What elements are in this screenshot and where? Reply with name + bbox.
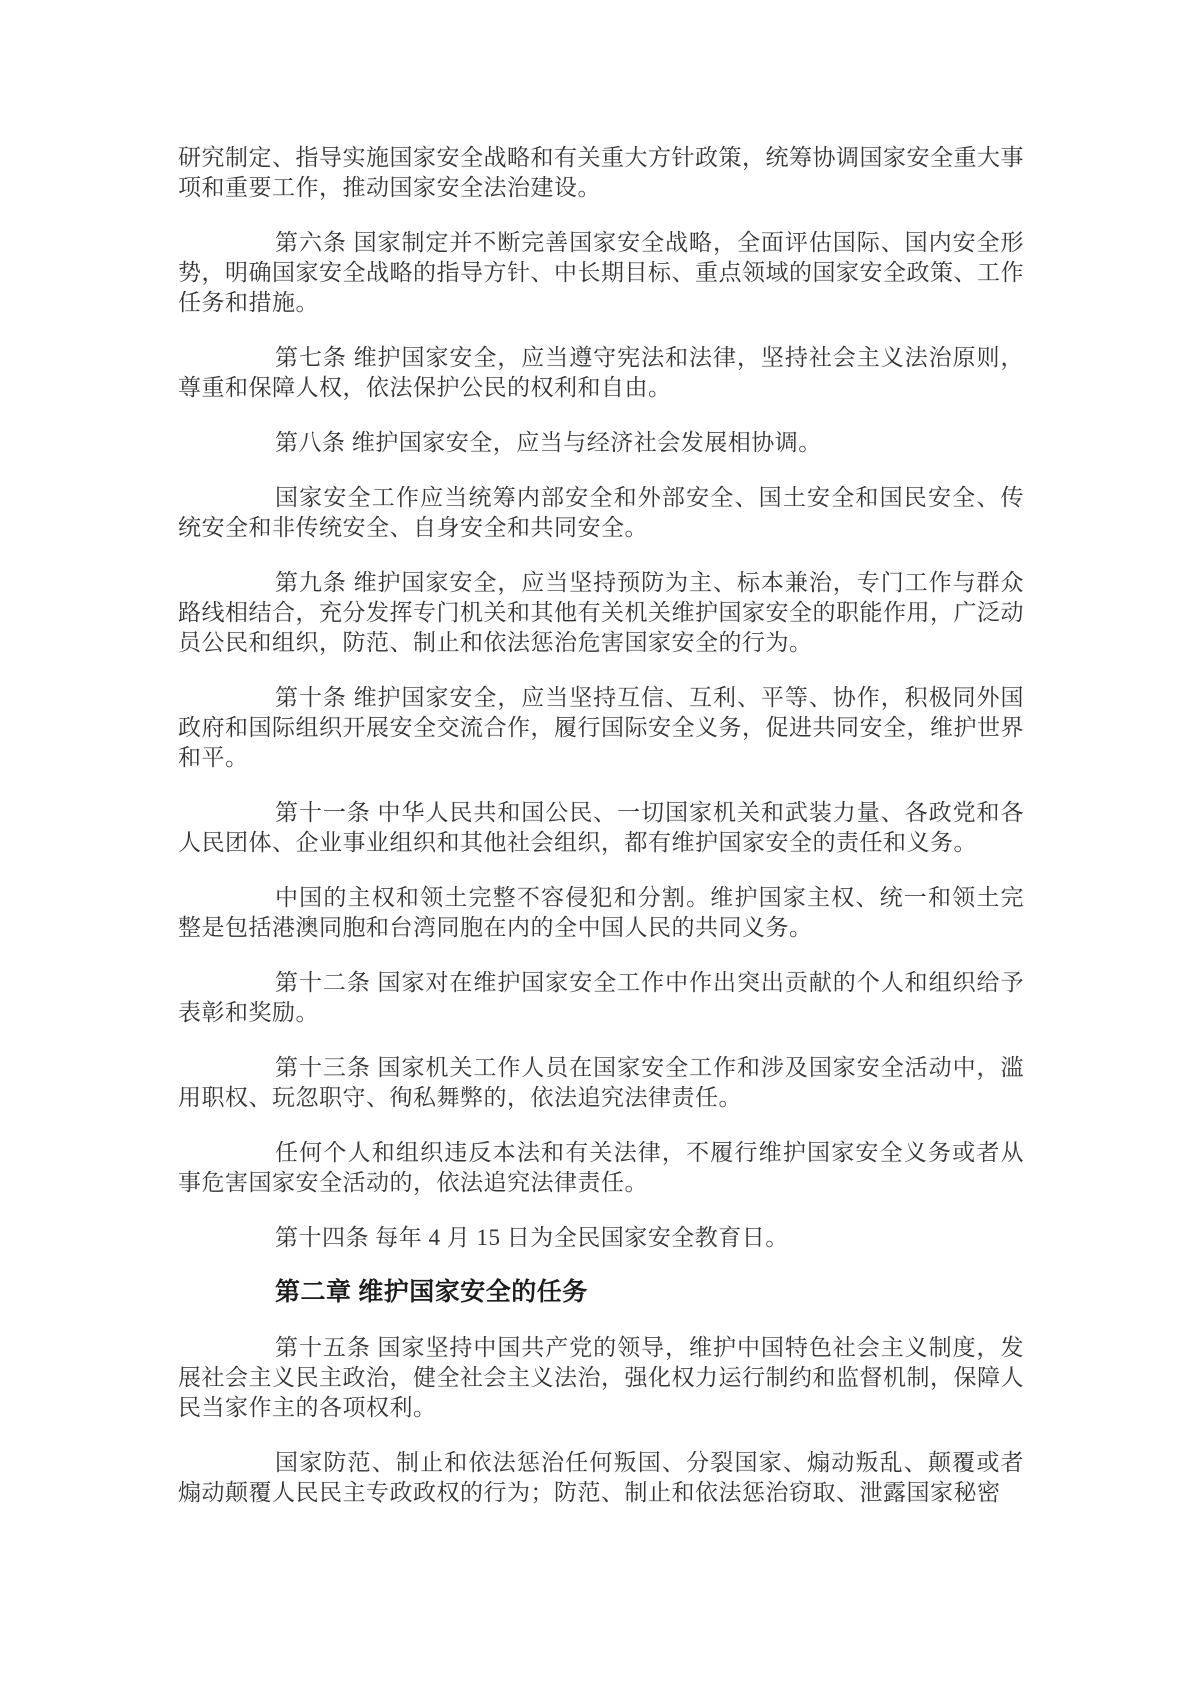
paragraph: 第十一条 中华人民共和国公民、一切国家机关和武装力量、各政党和各人民团体、企业事… [178,798,1024,858]
chapter-heading: 第二章 维护国家安全的任务 [178,1278,1024,1308]
paragraph: 第九条 维护国家安全，应当坚持预防为主、标本兼治，专门工作与群众路线相结合，充分… [178,568,1024,658]
paragraph: 第十四条 每年 4 月 15 日为全民国家安全教育日。 [178,1223,1024,1253]
paragraph: 中国的主权和领土完整不容侵犯和分割。维护国家主权、统一和领土完整是包括港澳同胞和… [178,883,1024,943]
paragraph: 国家安全工作应当统筹内部安全和外部安全、国土安全和国民安全、传统安全和非传统安全… [178,483,1024,543]
paragraph: 国家防范、制止和依法惩治任何叛国、分裂国家、煽动叛乱、颠覆或者煽动颠覆人民民主专… [178,1448,1024,1508]
paragraph: 第七条 维护国家安全，应当遵守宪法和法律，坚持社会主义法治原则，尊重和保障人权，… [178,343,1024,403]
paragraph: 第十条 维护国家安全，应当坚持互信、互利、平等、协作，积极同外国政府和国际组织开… [178,683,1024,773]
paragraph: 第六条 国家制定并不断完善国家安全战略，全面评估国际、国内安全形势，明确国家安全… [178,228,1024,318]
paragraph: 第十五条 国家坚持中国共产党的领导，维护中国特色社会主义制度，发展社会主义民主政… [178,1333,1024,1423]
paragraph: 第十二条 国家对在维护国家安全工作中作出突出贡献的个人和组织给予表彰和奖励。 [178,968,1024,1028]
paragraph: 任何个人和组织违反本法和有关法律，不履行维护国家安全义务或者从事危害国家安全活动… [178,1138,1024,1198]
document-page: 研究制定、指导实施国家安全战略和有关重大方针政策，统筹协调国家安全重大事项和重要… [178,143,1024,1533]
paragraph: 第十三条 国家机关工作人员在国家安全工作和涉及国家安全活动中，滥用职权、玩忽职守… [178,1053,1024,1113]
paragraph: 第八条 维护国家安全，应当与经济社会发展相协调。 [178,428,1024,458]
paragraph: 研究制定、指导实施国家安全战略和有关重大方针政策，统筹协调国家安全重大事项和重要… [178,143,1024,203]
